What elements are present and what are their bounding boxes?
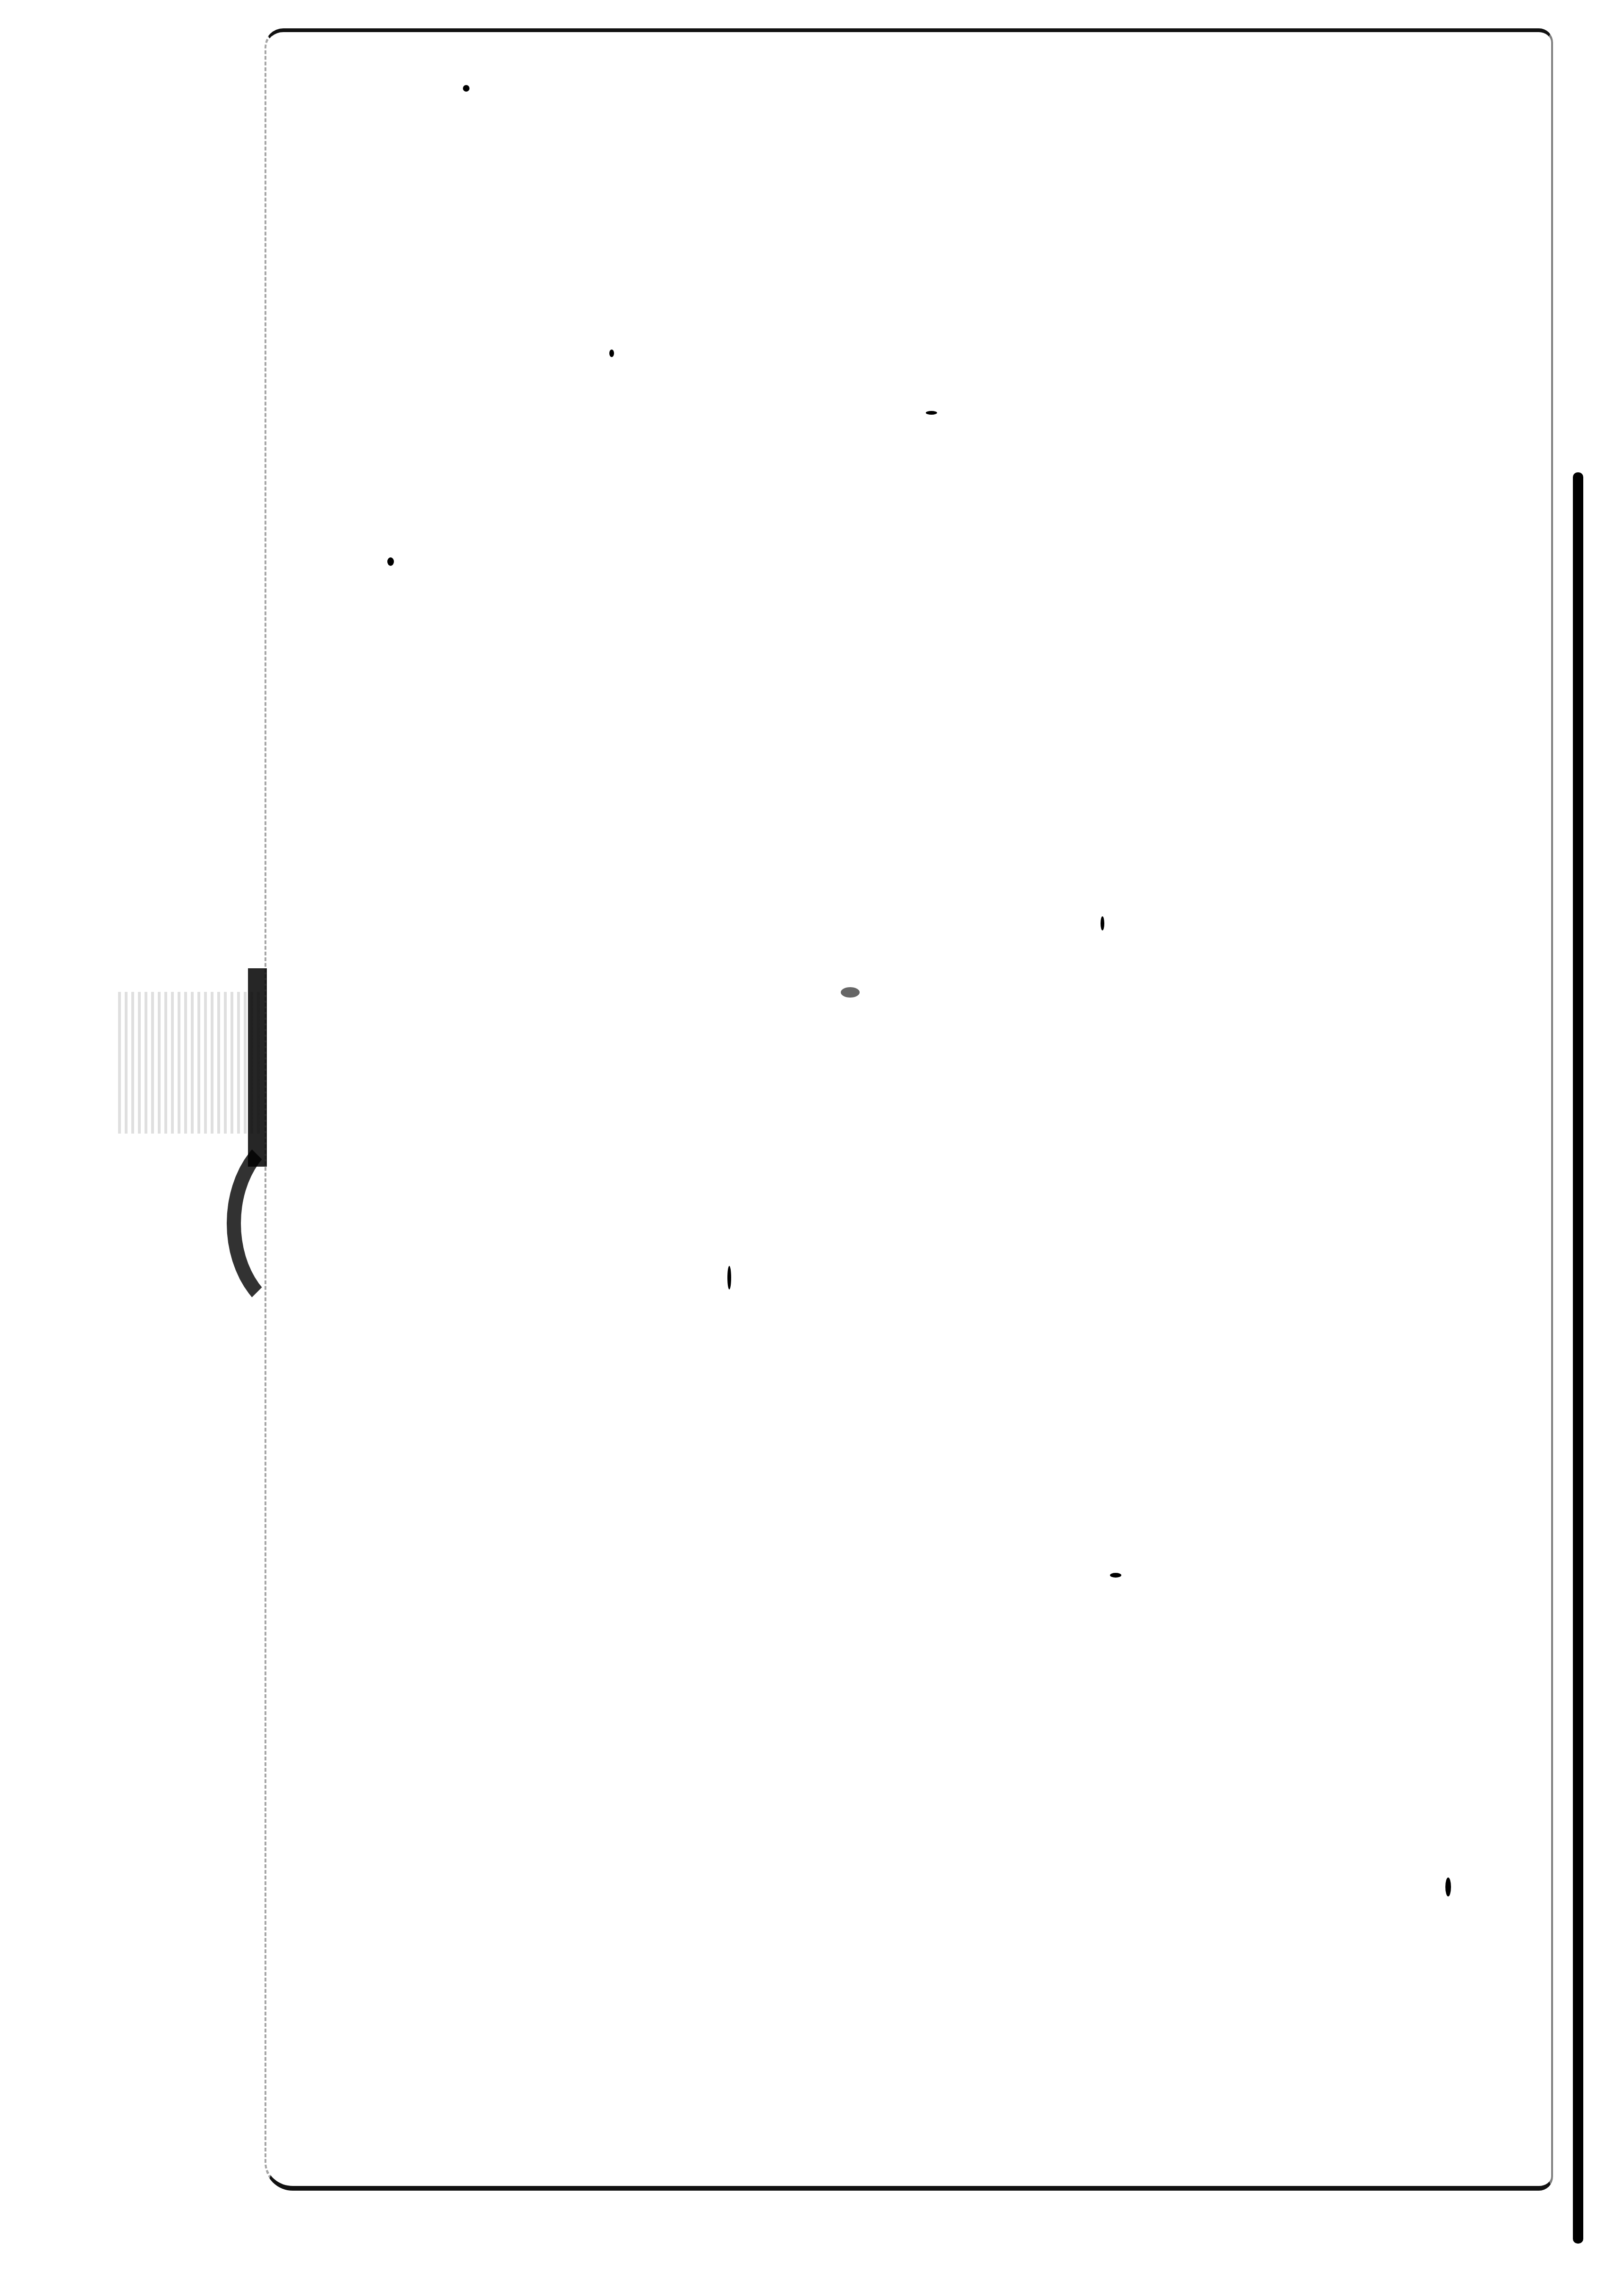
scan-speck [387, 557, 394, 566]
scan-speck [841, 987, 860, 998]
page-edge-shadow [1573, 472, 1583, 2244]
scan-speck [1101, 916, 1104, 930]
ink-bleed-through [118, 992, 260, 1134]
page-border [265, 28, 1553, 2191]
scan-speck [463, 85, 470, 92]
scan-speck [1110, 1573, 1121, 1578]
scan-speck [609, 350, 614, 357]
binding-curve [227, 1124, 378, 1323]
scan-speck [926, 411, 937, 415]
scan-speck [727, 1266, 731, 1289]
scan-speck [1445, 1878, 1451, 1896]
